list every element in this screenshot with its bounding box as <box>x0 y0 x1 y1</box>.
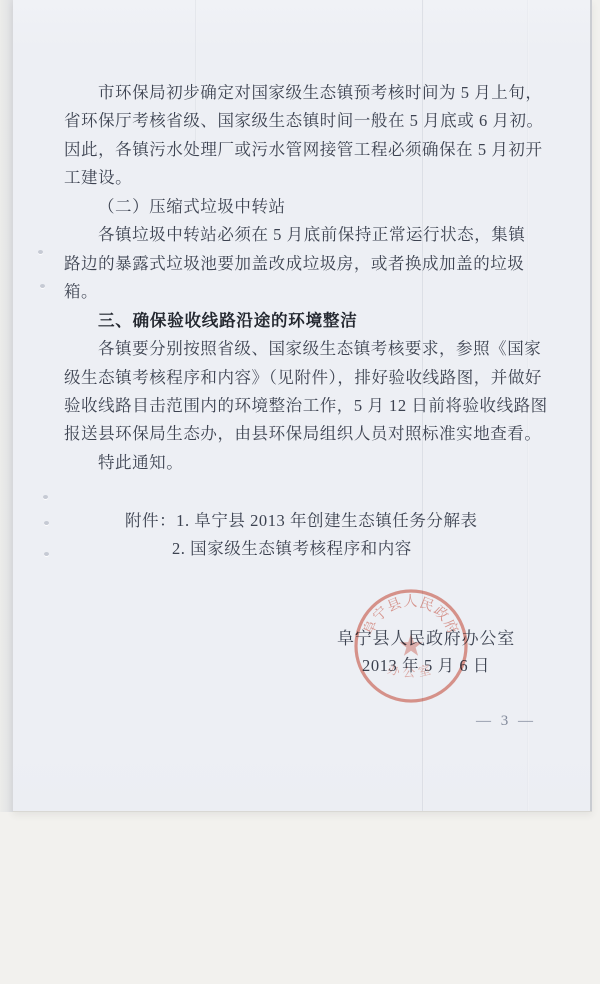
paper-sheet: 市环保局初步确定对国家级生态镇预考核时间为 5 月上旬， 省环保厅考核省级、国家… <box>13 0 592 811</box>
paper-edge <box>590 0 592 811</box>
staple-mark <box>40 284 45 288</box>
document-body: 市环保局初步确定对国家级生态镇预考核时间为 5 月上旬， 省环保厅考核省级、国家… <box>64 79 546 477</box>
seal-bottom-text: 办公室 <box>386 661 436 680</box>
seal-arc-text: 阜宁县人民政府 <box>361 594 461 637</box>
body-line: 报送县环保局生态办，由县环保局组织人员对照标准实地查看。 <box>64 420 546 448</box>
body-line: 各镇垃圾中转站必须在 5 月底前保持正常运行状态，集镇 <box>98 221 546 249</box>
body-line: 箱。 <box>64 278 546 306</box>
attachment-list: 附件：1. 阜宁县 2013 年创建生态镇任务分解表 2. 国家级生态镇考核程序… <box>125 507 478 564</box>
closing-line: 特此通知。 <box>98 449 546 477</box>
section-heading: 三、确保验收线路沿途的环境整洁 <box>98 307 546 335</box>
staple-mark <box>43 495 48 499</box>
body-line: 省环保厅考核省级、国家级生态镇时间一般在 5 月底或 6 月初。 <box>64 107 546 135</box>
scanner-background-strip <box>0 0 13 812</box>
svg-text:办公室: 办公室 <box>386 661 436 680</box>
body-line: 级生态镇考核程序和内容》（见附件），排好验收线路图，并做好 <box>64 364 546 392</box>
attachment-item: 附件：1. 阜宁县 2013 年创建生态镇任务分解表 <box>125 507 478 535</box>
body-line: 验收线路目击范围内的环境整治工作，5 月 12 日前将验收线路图 <box>64 392 546 420</box>
seal-star-icon <box>400 634 423 656</box>
body-line: 路边的暴露式垃圾池要加盖改成垃圾房，或者换成加盖的垃圾 <box>64 250 546 278</box>
attachment-item: 2. 国家级生态镇考核程序和内容 <box>172 535 478 563</box>
staple-mark <box>44 552 49 556</box>
official-seal: 阜宁县人民政府 办公室 <box>351 584 471 704</box>
body-line: 市环保局初步确定对国家级生态镇预考核时间为 5 月上旬， <box>98 79 546 107</box>
scanned-page: 市环保局初步确定对国家级生态镇预考核时间为 5 月上旬， 省环保厅考核省级、国家… <box>0 0 600 984</box>
svg-text:阜宁县人民政府: 阜宁县人民政府 <box>361 594 461 637</box>
body-line: 因此，各镇污水处理厂或污水管网接管工程必须确保在 5 月初开 <box>64 136 546 164</box>
page-number: — 3 — <box>476 713 536 730</box>
body-line: 各镇要分别按照省级、国家级生态镇考核要求，参照《国家 <box>98 335 546 363</box>
body-line: 工建设。 <box>64 164 546 192</box>
subsection-title: （二）压缩式垃圾中转站 <box>98 193 546 221</box>
staple-mark <box>44 521 49 525</box>
staple-mark <box>38 250 43 254</box>
